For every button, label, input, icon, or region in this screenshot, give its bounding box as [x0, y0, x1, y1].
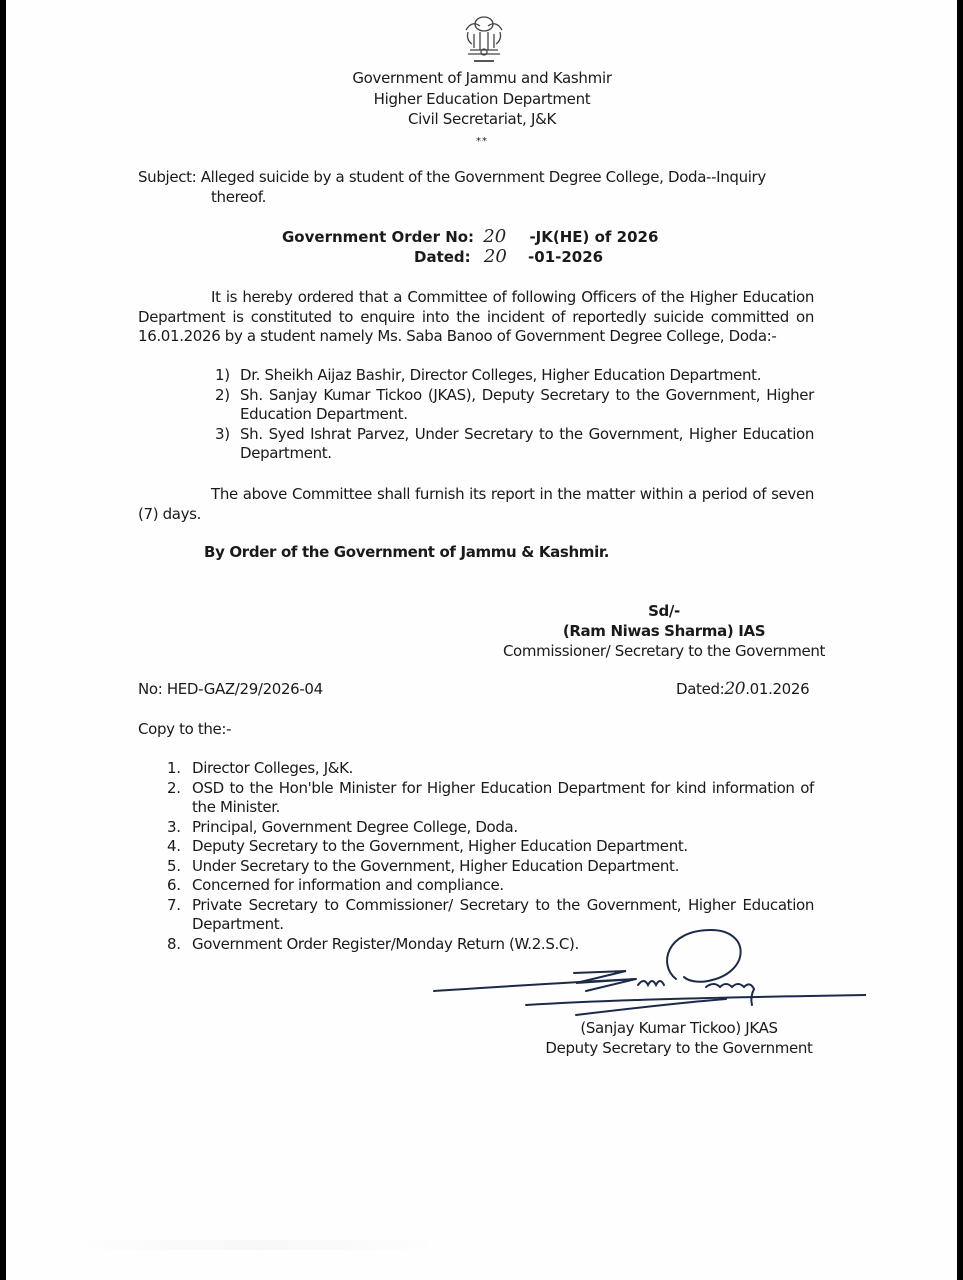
- copy-to-item: 6.Concerned for information and complian…: [192, 876, 814, 896]
- scan-smudge: [66, 1240, 446, 1250]
- officer-item: 1)Dr. Sheikh Aijaz Bashir, Director Coll…: [240, 366, 814, 386]
- copy-to-item: 1.Director Colleges, J&K.: [192, 759, 814, 779]
- copy-to-item: 5.Under Secretary to the Government, Hig…: [192, 857, 814, 877]
- officer-item-number: 2): [215, 386, 230, 406]
- copy-to-label: Copy to the:-: [138, 720, 231, 740]
- copy-to-item-number: 2.: [167, 779, 181, 799]
- reference-number: No: HED-GAZ/29/2026-04: [138, 680, 323, 700]
- order-number-block: Government Order No: 20 -JK(HE) of 2026 …: [276, 227, 696, 267]
- officer-item-text: Sh. Sanjay Kumar Tickoo (JKAS), Deputy S…: [240, 386, 814, 424]
- header-department: Higher Education Department: [266, 89, 698, 110]
- copy-to-item-number: 1.: [167, 759, 181, 779]
- officer-item: 2)Sh. Sanjay Kumar Tickoo (JKAS), Deputy…: [240, 386, 814, 425]
- order-dated-handwritten: 20: [484, 246, 507, 267]
- copy-to-item-text: Director Colleges, J&K.: [192, 759, 353, 777]
- document-page: Government of Jammu and Kashmir Higher E…: [6, 0, 957, 1280]
- report-clause: The above Committee shall furnish its re…: [138, 485, 814, 524]
- signatory-sd: Sd/-: [504, 602, 824, 622]
- copy-to-item-text: Deputy Secretary to the Government, High…: [192, 837, 688, 855]
- header-stars: **: [266, 131, 698, 152]
- secondary-signatory-name: (Sanjay Kumar Tickoo) JKAS: [546, 1019, 812, 1039]
- intro-paragraph: It is hereby ordered that a Committee of…: [138, 288, 814, 347]
- copy-to-item: 4.Deputy Secretary to the Government, Hi…: [192, 837, 814, 857]
- officer-item-number: 1): [215, 366, 230, 386]
- order-number-label: Government Order No:: [282, 228, 474, 246]
- order-dated-label: Dated:: [414, 248, 471, 266]
- copy-to-item-number: 5.: [167, 857, 181, 877]
- reference-dated-handwritten: 20: [724, 679, 745, 699]
- reference-dated: Dated:20.01.2026: [676, 680, 809, 700]
- by-order-line: By Order of the Government of Jammu & Ka…: [204, 543, 609, 563]
- reference-dated-suffix: .01.2026: [745, 680, 809, 698]
- subject-label: Subject:: [138, 168, 196, 186]
- secondary-signatory-designation: Deputy Secretary to the Government: [536, 1039, 822, 1059]
- subject-block: Subject: Alleged suicide by a student of…: [138, 168, 818, 207]
- order-dated-suffix: -01-2026: [528, 248, 603, 266]
- officer-item-text: Dr. Sheikh Aijaz Bashir, Director Colleg…: [240, 366, 761, 384]
- order-number-suffix: -JK(HE) of 2026: [529, 228, 658, 246]
- copy-to-item-number: 8.: [167, 935, 181, 955]
- copy-to-item-number: 7.: [167, 896, 181, 916]
- handwritten-signature-icon: [426, 925, 866, 1025]
- state-emblem-icon: [452, 12, 516, 68]
- header-secretariat: Civil Secretariat, J&K: [266, 109, 698, 130]
- signatory-name: (Ram Niwas Sharma) IAS: [504, 622, 824, 642]
- copy-to-item-text: Under Secretary to the Government, Highe…: [192, 857, 679, 875]
- order-number-handwritten: 20: [483, 226, 506, 247]
- copy-to-item: 3.Principal, Government Degree College, …: [192, 818, 814, 838]
- officer-item-text: Sh. Syed Ishrat Parvez, Under Secretary …: [240, 425, 814, 463]
- officer-item-number: 3): [215, 425, 230, 445]
- header-government: Government of Jammu and Kashmir: [266, 68, 698, 89]
- reference-dated-label: Dated:: [676, 680, 724, 698]
- copy-to-item-number: 4.: [167, 837, 181, 857]
- copy-to-item-number: 3.: [167, 818, 181, 838]
- report-clause-block: The above Committee shall furnish its re…: [138, 485, 814, 524]
- signatory-designation: Commissioner/ Secretary to the Governmen…: [494, 642, 834, 662]
- officer-item: 3)Sh. Syed Ishrat Parvez, Under Secretar…: [240, 425, 814, 464]
- subject-text-line1: Alleged suicide by a student of the Gove…: [201, 168, 766, 186]
- copy-to-item-text: Principal, Government Degree College, Do…: [192, 818, 518, 836]
- copy-to-item: 2.OSD to the Hon'ble Minister for Higher…: [192, 779, 814, 818]
- copy-to-item-text: OSD to the Hon'ble Minister for Higher E…: [192, 779, 814, 817]
- committee-officers: 1)Dr. Sheikh Aijaz Bashir, Director Coll…: [240, 366, 814, 464]
- subject-text-line2: thereof.: [138, 188, 818, 208]
- order-intro: It is hereby ordered that a Committee of…: [138, 288, 814, 347]
- copy-to-item-text: Concerned for information and compliance…: [192, 876, 504, 894]
- copy-to-item-number: 6.: [167, 876, 181, 896]
